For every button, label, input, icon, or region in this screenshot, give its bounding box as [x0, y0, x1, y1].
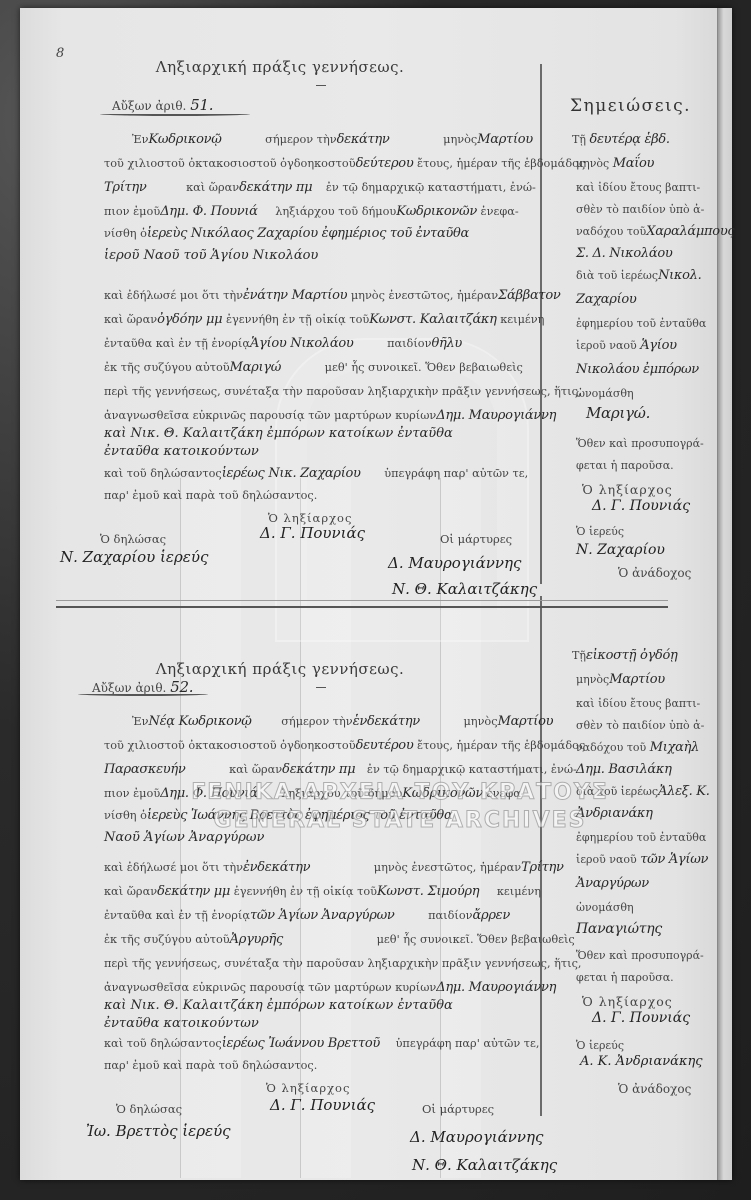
- act-title: Ληξιαρχική πράξις γεννήσεως.: [20, 660, 540, 678]
- act-line: νίσθη ὁἱερεὺς Νικόλαος Ζαχαρίου ἐφημέριο…: [104, 226, 534, 242]
- act-line: καὶ τοῦ δηλώσαντοςἱερέως Ἰωάννου Βρεττοῦ…: [104, 1036, 534, 1052]
- act-line: τοῦ χιλιοστοῦ ὀκτακοσιοστοῦ ὀγδοηκοστοῦδ…: [104, 156, 534, 172]
- notes-column-rule: [540, 596, 542, 1116]
- serial-underline: [78, 692, 208, 696]
- act-line: παρ' ἐμοῦ καὶ παρὰ τοῦ δηλώσαντος.: [104, 488, 534, 504]
- serial-underline: [100, 112, 250, 116]
- registrar-signature: Δ. Γ. Πουνιάς: [260, 524, 365, 542]
- act-line: τοῦ χιλιοστοῦ ὀκτακοσιοστοῦ ὀγδοηκοστοῦδ…: [104, 738, 534, 754]
- act-line: ἐνταῦθα καὶ ἐν τῇ ἐνορίᾳτῶν Ἁγίων Ἀναργύ…: [104, 908, 534, 924]
- priest-signature: Α. Κ. Ἀνδριανάκης: [580, 1054, 703, 1069]
- handwritten-line: καὶ Νικ. Θ. Καλαιτζάκη ἐμπόρων κατοίκων …: [104, 426, 453, 441]
- note-line: Μαριγώ.: [586, 406, 650, 422]
- act-line: Τρίτην καὶ ὥρανδεκάτην πμ ἐν τῷ δημαρχικ…: [104, 180, 534, 196]
- page-edge: [717, 8, 732, 1180]
- notes-registrar-signature: Δ. Γ. Πουνιάς: [592, 498, 690, 514]
- act-line: πιον ἐμοῦΔημ. Φ. Πουνιά ληξιάρχου τοῦ δή…: [104, 204, 534, 220]
- note-line: μηνὸς Μαΐου: [576, 156, 654, 171]
- registrar-label: Ὁ ληξίαρχος: [266, 1081, 350, 1095]
- note-line: ἐφημερίου τοῦ ἐνταῦθα: [576, 316, 706, 331]
- note-line: Νικολάου ἐμπόρων: [576, 362, 699, 377]
- registrar-label: Ὁ ληξίαρχος: [268, 511, 352, 525]
- note-line: διὰ τοῦ ἱερέωςΝικολ.: [576, 268, 701, 283]
- witness-2-signature: Ν. Θ. Καλαιτζάκης: [392, 580, 537, 598]
- archive-watermark-english: GENERAL STATE ARCHIVES: [170, 808, 630, 833]
- note-line: ὠνομάσθη: [576, 900, 634, 915]
- note-line: φεται ἡ παροῦσα.: [576, 458, 674, 473]
- note-line: φεται ἡ παροῦσα.: [576, 970, 674, 985]
- act-line: ἘνΚωδρικονῷ σήμερον τὴνδεκάτην μηνὸςΜαρτ…: [132, 132, 562, 148]
- act-line: περὶ τῆς γεννήσεως, συνέταξα τὴν παροῦσα…: [104, 956, 534, 972]
- note-line: Παναγιώτης: [576, 922, 662, 937]
- notes-registrar-signature: Δ. Γ. Πουνιάς: [592, 1010, 690, 1026]
- note-line: ναδόχου τοῦ Μιχαὴλ: [576, 740, 699, 755]
- note-line: Ὅθεν καὶ προσυπογρά-: [576, 948, 704, 963]
- declarant-label: Ὁ δηλώσας: [100, 532, 166, 546]
- note-line: ὠνομάσθη: [576, 386, 634, 401]
- note-line: Τῇ δευτέρᾳ ἑβδ.: [572, 132, 670, 147]
- handwritten-line: ἐνταῦθα κατοικούντων: [104, 444, 259, 459]
- witness-1-signature: Δ. Μαυρογιάννης: [410, 1128, 543, 1146]
- priest-signature: Ν. Ζαχαρίου: [576, 542, 665, 558]
- handwritten-line: ἐνταῦθα κατοικούντων: [104, 1016, 259, 1031]
- witnesses-label: Οἱ μάρτυρες: [440, 532, 512, 546]
- declarant-label: Ὁ δηλώσας: [116, 1102, 182, 1116]
- note-line: Τῇεἰκοστῇ ὀγδόῃ: [572, 648, 678, 663]
- notes-title: Σημειώσεις.: [570, 96, 691, 116]
- act-line: ἐκ τῆς συζύγου αὐτοῦἈργυρῆς μεθ' ἧς συνο…: [104, 932, 534, 948]
- act-line: καὶ ὥρανὀγδόην μμ ἐγεννήθη ἐν τῇ οἰκίᾳ τ…: [104, 312, 534, 328]
- note-line: ἱεροῦ ναοῦ Ἁγίου: [576, 338, 677, 353]
- note-line: καὶ ἰδίου ἔτους βαπτι-: [576, 180, 700, 195]
- witness-2-signature: Ν. Θ. Καλαιτζάκης: [412, 1156, 557, 1174]
- title-dash: [316, 687, 326, 688]
- registrar-signature: Δ. Γ. Πουνιάς: [270, 1096, 375, 1114]
- notes-registrar-label: Ὁ ληξίαρχος: [582, 482, 673, 497]
- note-line: καὶ ἰδίου ἔτους βαπτι-: [576, 696, 700, 711]
- priest-label: Ὁ ἱερεύς: [576, 524, 624, 539]
- note-line: Ὅθεν καὶ προσυπογρά-: [576, 436, 704, 451]
- handwritten-line: ἱεροῦ Ναοῦ τοῦ Ἁγίου Νικολάου: [104, 248, 318, 263]
- handwritten-line: καὶ Νικ. Θ. Καλαιτζάκη ἐμπόρων κατοίκων …: [104, 998, 453, 1013]
- note-line: Ζαχαρίου: [576, 292, 637, 307]
- act-line: Παρασκευήν καὶ ὥρανδεκάτην πμ ἐν τῷ δημα…: [104, 762, 534, 778]
- priest-label: Ὁ ἱερεύς: [576, 1038, 624, 1053]
- act-title: Ληξιαρχική πράξις γεννήσεως.: [20, 58, 540, 76]
- witness-1-signature: Δ. Μαυρογιάννης: [388, 554, 521, 572]
- declarant-signature: Ν. Ζαχαρίου ἱερεύς: [60, 548, 208, 566]
- act-line: καὶ τοῦ δηλώσαντοςἱερέως Νικ. Ζαχαρίου ὑ…: [104, 466, 534, 482]
- act-line: παρ' ἐμοῦ καὶ παρὰ τοῦ δηλώσαντος.: [104, 1058, 534, 1074]
- register-page: 8 Ληξιαρχική πράξις γεννήσεως. Αὔξων ἀρι…: [20, 8, 732, 1180]
- act-line: καὶ ἐδήλωσέ μοι ὅτι τὴνἐνδεκάτην μηνὸς ἐ…: [104, 860, 534, 876]
- note-line: σθὲν τὸ παιδίον ὑπὸ ἀ-: [576, 718, 704, 733]
- act-line: περὶ τῆς γεννήσεως, συνέταξα τὴν παροῦσα…: [104, 384, 534, 400]
- note-line: Δημ. Βασιλάκη: [576, 762, 672, 777]
- section-divider: [56, 606, 668, 608]
- godparent-label: Ὁ ἀνάδοχος: [618, 566, 691, 581]
- act-line: ἘνΝέᾳ Κωδρικονῷ σήμερον τὴνἑνδεκάτην μην…: [132, 714, 562, 730]
- notes-registrar-label: Ὁ ληξίαρχος: [582, 994, 673, 1009]
- act-line: ἐνταῦθα καὶ ἐν τῇ ἐνορίᾳἉγίου Νικολάου π…: [104, 336, 534, 352]
- note-line: μηνὸςΜαρτίου: [576, 672, 665, 687]
- note-line: Ἀναργύρων: [576, 876, 649, 891]
- archive-watermark-greek: ΓΕΝΙΚΑ ΑΡΧΕΙΑ ΤΟΥ ΚΡΑΤΟΥΣ: [170, 780, 630, 805]
- note-line: ναδόχου τοῦΧαραλάμπους: [576, 224, 734, 239]
- act-line: ἐκ τῆς συζύγου αὐτοῦΜαριγώ μεθ' ἧς συνοι…: [104, 360, 534, 376]
- witnesses-label: Οἱ μάρτυρες: [422, 1102, 494, 1116]
- note-line: ἱεροῦ ναοῦ τῶν Ἁγίων: [576, 852, 708, 867]
- act-line: καὶ ὥρανδεκάτην μμ ἐγεννήθη ἐν τῇ οἰκίᾳ …: [104, 884, 534, 900]
- section-divider: [56, 600, 668, 601]
- act-line: καὶ ἐδήλωσέ μοι ὅτι τὴνἐνάτην Μαρτίου μη…: [104, 288, 534, 304]
- declarant-signature: Ἰω. Βρεττὸς ἱερεύς: [86, 1122, 231, 1140]
- note-line: Σ. Δ. Νικολάου: [576, 246, 672, 261]
- act-line: ἀναγνωσθεῖσα εὐκρινῶς παρουσίᾳ τῶν μαρτύ…: [104, 980, 534, 996]
- note-line: σθὲν τὸ παιδίον ὑπὸ ἀ-: [576, 202, 704, 217]
- title-dash: [316, 85, 326, 86]
- act-line: ἀναγνωσθεῖσα εὐκρινῶς παρουσίᾳ τῶν μαρτύ…: [104, 408, 534, 424]
- godparent-label: Ὁ ἀνάδοχος: [618, 1082, 691, 1097]
